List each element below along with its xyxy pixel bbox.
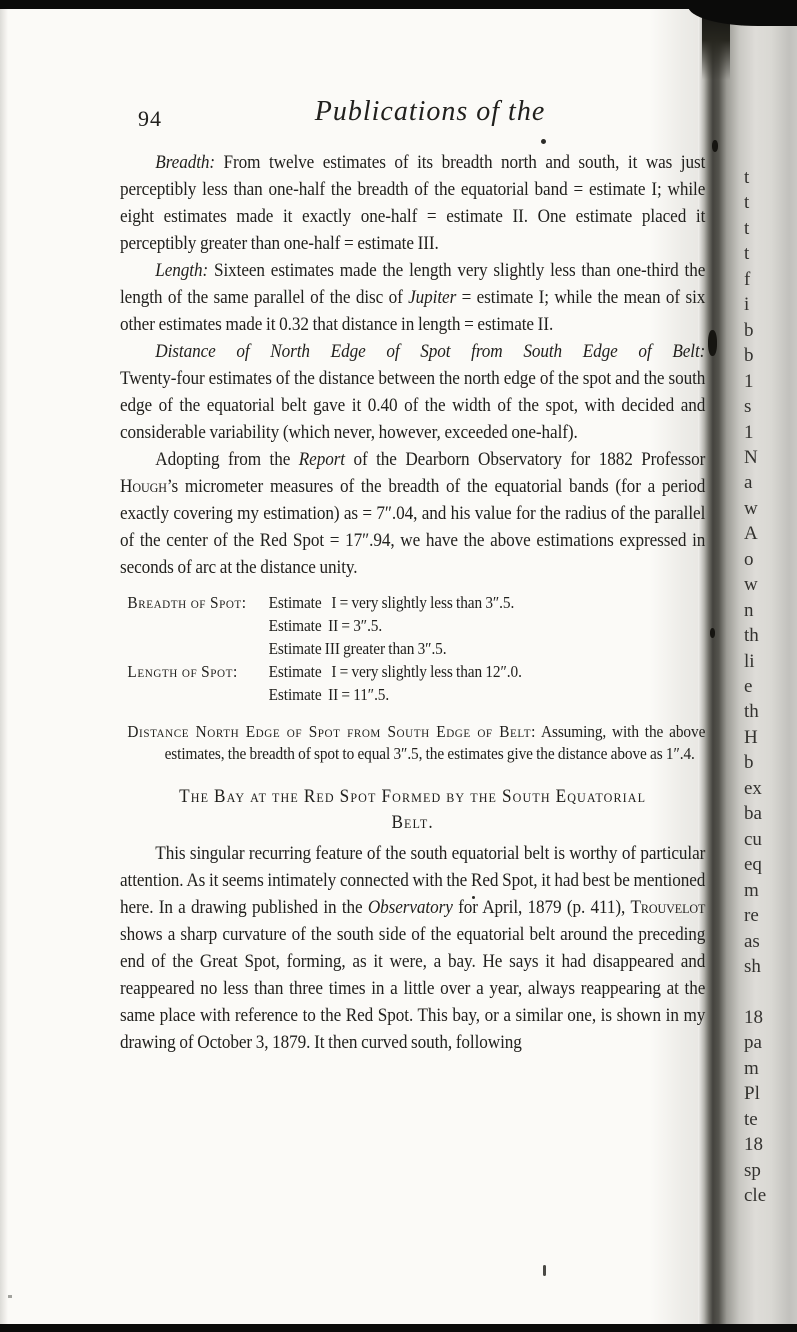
page-number: 94: [138, 106, 162, 132]
text-segment: of the Dearborn Observatory for 1882 Pro…: [345, 450, 705, 470]
estimate-line: Estimate I = very slightly less than 3″.…: [269, 591, 515, 614]
facing-page-letter-fragment: A: [744, 522, 788, 546]
facing-page-letter-fragment: t: [744, 191, 788, 215]
binding-stitch-mark: [708, 330, 717, 356]
facing-page-letter-fragment: 1: [744, 421, 788, 445]
text-segment: Adopting from the: [155, 450, 298, 470]
scan-speck: [541, 139, 546, 144]
estimates-row-label: Breadth of Spot:: [127, 591, 268, 660]
section-heading-line: The Bay at the Red Spot Formed by the So…: [120, 784, 705, 810]
text-segment: Observatory: [368, 898, 453, 918]
text-segment: Jupiter: [408, 288, 456, 308]
facing-page-letter-fragment: t: [744, 242, 788, 266]
facing-page-letter-fragment: cu: [744, 828, 788, 852]
estimates-table: Breadth of Spot:Estimate I = very slight…: [127, 591, 705, 706]
facing-page-letter-fragment: sh: [744, 955, 788, 979]
section-heading: The Bay at the Red Spot Formed by the So…: [120, 784, 705, 836]
facing-page-letter-fragment: li: [744, 650, 788, 674]
facing-page-letter-fragment: H: [744, 726, 788, 750]
estimate-line: Estimate II = 3″.5.: [269, 614, 515, 637]
facing-page-letter-fragment: 18: [744, 1006, 788, 1030]
facing-page-letter-fragment: re: [744, 904, 788, 928]
text-segment: Length:: [155, 261, 208, 281]
facing-page-letter-fragment: t: [744, 166, 788, 190]
scanned-book-page: 94 Publications of the Breadth: From twe…: [0, 0, 797, 1332]
facing-page-letter-fragment: as: [744, 930, 788, 954]
text-paragraph: Adopting from the Report of the Dearborn…: [120, 447, 705, 582]
estimate-line: Estimate II = 11″.5.: [269, 683, 522, 706]
facing-page-letter-fragment: a: [744, 471, 788, 495]
facing-page-letter-fragment: n: [744, 599, 788, 623]
facing-page-letter-fragment: ex: [744, 777, 788, 801]
distance-note: Distance North Edge of Spot from South E…: [120, 721, 705, 765]
text-segment: ’s micrometer measures of the breadth of…: [120, 477, 705, 578]
estimates-row-values: Estimate I = very slightly less than 3″.…: [269, 591, 515, 660]
facing-page-letter-fragment: f: [744, 268, 788, 292]
binding-stitch-mark: [710, 628, 715, 638]
section-heading-line: Belt.: [120, 810, 705, 836]
text-paragraph: Twenty-four estimates of the distance be…: [120, 366, 705, 447]
facing-page-letter-fragment: w: [744, 497, 788, 521]
facing-page-letter-fragment: e: [744, 675, 788, 699]
text-segment: Twenty-four estimates of the distance be…: [120, 369, 705, 443]
facing-page-letter-fragment: eq: [744, 853, 788, 877]
binding-stitch-mark: [712, 140, 718, 152]
facing-page-letter-fragment: o: [744, 548, 788, 572]
facing-page-letter-fragment: t: [744, 217, 788, 241]
facing-page-letter-fragment: m: [744, 879, 788, 903]
estimate-line: Estimate III greater than 3″.5.: [269, 637, 515, 660]
estimates-row-label: Length of Spot:: [127, 660, 268, 706]
text-paragraph: Length: Sixteen estimates made the lengt…: [120, 258, 705, 339]
facing-page-letter-fragment: b: [744, 319, 788, 343]
text-segment: Trouvelot: [631, 898, 706, 918]
facing-page-letter-fragment: w: [744, 573, 788, 597]
text-segment: Distance of North Edge of Spot from Sout…: [155, 342, 705, 362]
running-title: Publications of the: [290, 96, 570, 128]
facing-page-letter-fragment: s: [744, 395, 788, 419]
facing-page-letter-fragment: th: [744, 624, 788, 648]
facing-page-letter-fragment: i: [744, 293, 788, 317]
facing-page-letter-fragment: sp: [744, 1159, 788, 1183]
text-segment: Breadth:: [155, 153, 215, 173]
facing-page-letter-fragment: b: [744, 751, 788, 775]
facing-page-letter-fragment: te: [744, 1108, 788, 1132]
facing-page-letter-fragment: b: [744, 344, 788, 368]
facing-page-letter-fragment: N: [744, 446, 788, 470]
facing-page-letter-fragment: 18: [744, 1133, 788, 1157]
scan-artifact: [8, 1295, 12, 1298]
estimates-row: Breadth of Spot:Estimate I = very slight…: [127, 591, 705, 660]
text-segment: Distance North Edge of Spot from South E…: [127, 722, 535, 741]
text-segment: for April, 1879 (p. 411),: [453, 898, 631, 918]
text-segment: Report: [299, 450, 345, 470]
text-segment: shows a sharp curvature of the south sid…: [120, 925, 705, 1053]
facing-page-letter-fragment: m: [744, 1057, 788, 1081]
text-paragraph: This singular recurring feature of the s…: [120, 841, 705, 1057]
facing-page-letter-fragment: cle: [744, 1184, 788, 1208]
photo-frame-bottom: [0, 1324, 797, 1332]
facing-page-letter-fragment: ba: [744, 802, 788, 826]
facing-page-letter-fragment: th: [744, 700, 788, 724]
facing-page-letter-fragment: Pl: [744, 1082, 788, 1106]
page-left-edge-shade: [0, 0, 8, 1332]
text-column: Breadth: From twelve estimates of its br…: [120, 150, 705, 1057]
text-segment: Hough: [120, 477, 167, 497]
facing-page-letter-fragment: 1: [744, 370, 788, 394]
estimate-line: Estimate I = very slightly less than 12″…: [269, 660, 522, 683]
scan-artifact: [543, 1265, 546, 1276]
facing-page-letter-fragment: pa: [744, 1031, 788, 1055]
photo-frame-top: [0, 0, 797, 9]
italic-label-line: Distance of North Edge of Spot from Sout…: [120, 339, 705, 366]
estimates-row: Length of Spot:Estimate I = very slightl…: [127, 660, 705, 706]
text-paragraph: Breadth: From twelve estimates of its br…: [120, 150, 705, 258]
estimates-row-values: Estimate I = very slightly less than 12″…: [269, 660, 522, 706]
